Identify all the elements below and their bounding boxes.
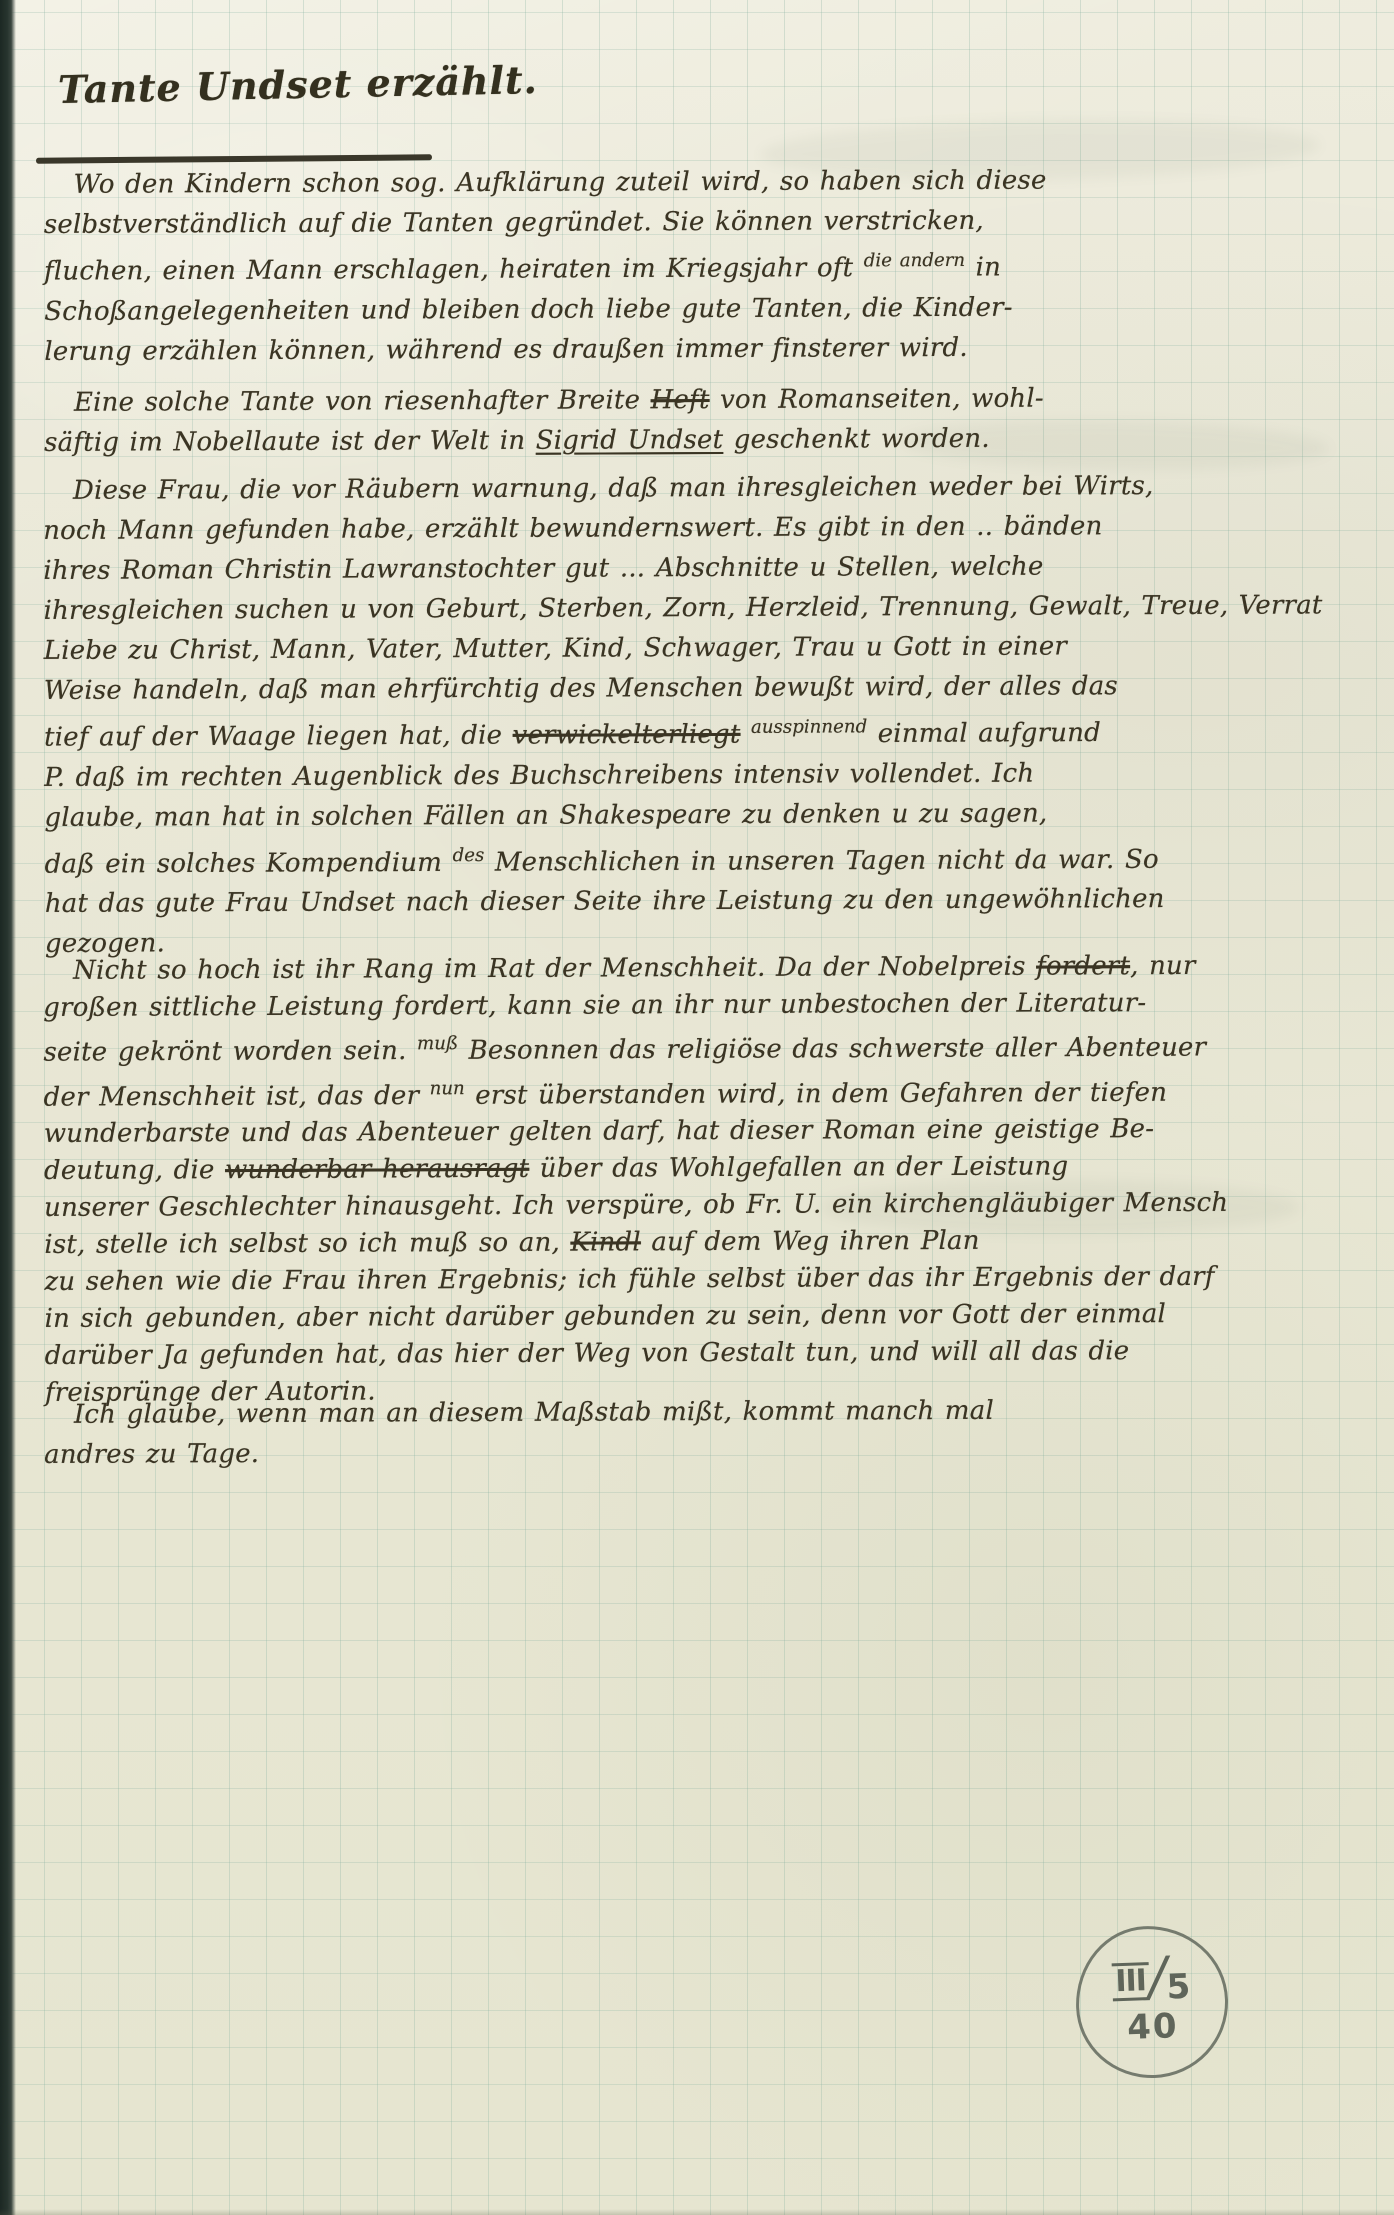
- handwriting-line: hat das gute Frau Undset nach dieser Sei…: [45, 878, 1385, 924]
- handwriting-line: Schoßangelegenheiten und bleiben doch li…: [44, 286, 1384, 332]
- stamp-slash: /: [1148, 1951, 1167, 2004]
- struck-text: Kindl: [570, 1228, 641, 1258]
- handwriting-line: säftig im Nobellaute ist der Welt in Sig…: [44, 417, 1384, 463]
- handwriting-line: ist, stelle ich selbst so ich muß so an,…: [44, 1221, 1384, 1264]
- handwriting-line: großen sittliche Leistung fordert, kann …: [43, 984, 1383, 1027]
- handwriting-line: fluchen, einen Mann erschlagen, heiraten…: [44, 239, 1384, 292]
- handwriting-line: Liebe zu Christ, Mann, Vater, Mutter, Ki…: [44, 625, 1384, 671]
- handwriting-line: Weise handeln, daß man ehrfürchtig des M…: [44, 665, 1384, 711]
- struck-text: wunderbar herausragt: [225, 1154, 529, 1185]
- interline-insertion: nun: [430, 1078, 465, 1099]
- handwriting-line: andres zu Tage.: [44, 1429, 1384, 1475]
- handwriting-line: ihres Roman Christin Lawranstochter gut …: [43, 545, 1383, 591]
- handwriting-line: darüber Ja gefunden hat, das hier der We…: [45, 1332, 1385, 1375]
- interline-insertion: die andern: [864, 250, 965, 271]
- underlined-name: Sigrid Undset: [536, 425, 724, 456]
- handwriting-line: noch Mann gefunden habe, erzählt bewunde…: [43, 505, 1383, 551]
- handwriting-line: Nicht so hoch ist ihr Rang im Rat der Me…: [43, 947, 1383, 990]
- handwriting-line: daß ein solches Kompendium des Menschlic…: [45, 832, 1385, 885]
- handwriting-line: lerung erzählen können, während es drauß…: [44, 326, 1384, 372]
- stamp-fraction: III / 5: [1112, 1956, 1191, 2007]
- handwriting-line: Diese Frau, die vor Räubern warnung, daß…: [43, 465, 1383, 511]
- struck-text: verwickelterliegt: [513, 720, 741, 751]
- paragraph: Diese Frau, die vor Räubern warnung, daß…: [43, 465, 1385, 964]
- handwriting-line: seite gekrönt worden sein. muß Besonnen …: [43, 1021, 1383, 1072]
- handwriting-line: selbstverständlich auf die Tanten gegrün…: [44, 199, 1384, 245]
- sheet-left-edge: [0, 0, 16, 2215]
- struck-text: fordert: [1036, 951, 1130, 981]
- handwriting-line: der Menschheit ist, das der nun erst übe…: [44, 1066, 1384, 1117]
- interline-insertion: muß: [417, 1033, 458, 1054]
- stamp-number: 40: [1127, 2006, 1180, 2048]
- handwriting-line: Eine solche Tante von riesenhafter Breit…: [44, 377, 1384, 423]
- paragraph: Wo den Kindern schon sog. Aufklärung zut…: [44, 159, 1385, 372]
- handwriting-line: P. daß im rechten Augenblick des Buchsch…: [44, 752, 1384, 798]
- handwriting-line: tief auf der Waage liegen hat, die verwi…: [44, 705, 1384, 758]
- struck-text: Heft: [651, 385, 710, 415]
- handwriting-line: wunderbarste und das Abenteuer gelten da…: [44, 1110, 1384, 1153]
- interline-insertion: des: [453, 845, 485, 866]
- stamp-roman-numeral: III: [1112, 1962, 1150, 2001]
- interline-insertion: ausspinnend: [751, 716, 867, 738]
- handwriting-line: unserer Geschlechter hinausgeht. Ich ver…: [44, 1184, 1384, 1227]
- paragraph: Eine solche Tante von riesenhafter Breit…: [44, 377, 1384, 463]
- handwriting-line: deutung, die wunderbar herausragt über d…: [44, 1147, 1384, 1190]
- sheet-bottom-shadow: [0, 2209, 1394, 2215]
- paragraph: Ich glaube, wenn man an diesem Maßstab m…: [44, 1389, 1384, 1475]
- handwriting-line: ihresgleichen suchen u von Geburt, Sterb…: [43, 585, 1383, 631]
- handwriting-line: glaube, man hat in solchen Fällen an Sha…: [44, 792, 1384, 838]
- paragraph: Nicht so hoch ist ihr Rang im Rat der Me…: [43, 947, 1385, 1412]
- handwriting-line: zu sehen wie die Frau ihren Ergebnis; ic…: [44, 1258, 1384, 1301]
- stamp-denominator: 5: [1166, 1970, 1191, 2005]
- handwriting-line: Wo den Kindern schon sog. Aufklärung zut…: [44, 159, 1384, 205]
- handwriting-line: in sich gebunden, aber nicht darüber geb…: [45, 1295, 1385, 1338]
- handwriting-line: Ich glaube, wenn man an diesem Maßstab m…: [44, 1389, 1384, 1435]
